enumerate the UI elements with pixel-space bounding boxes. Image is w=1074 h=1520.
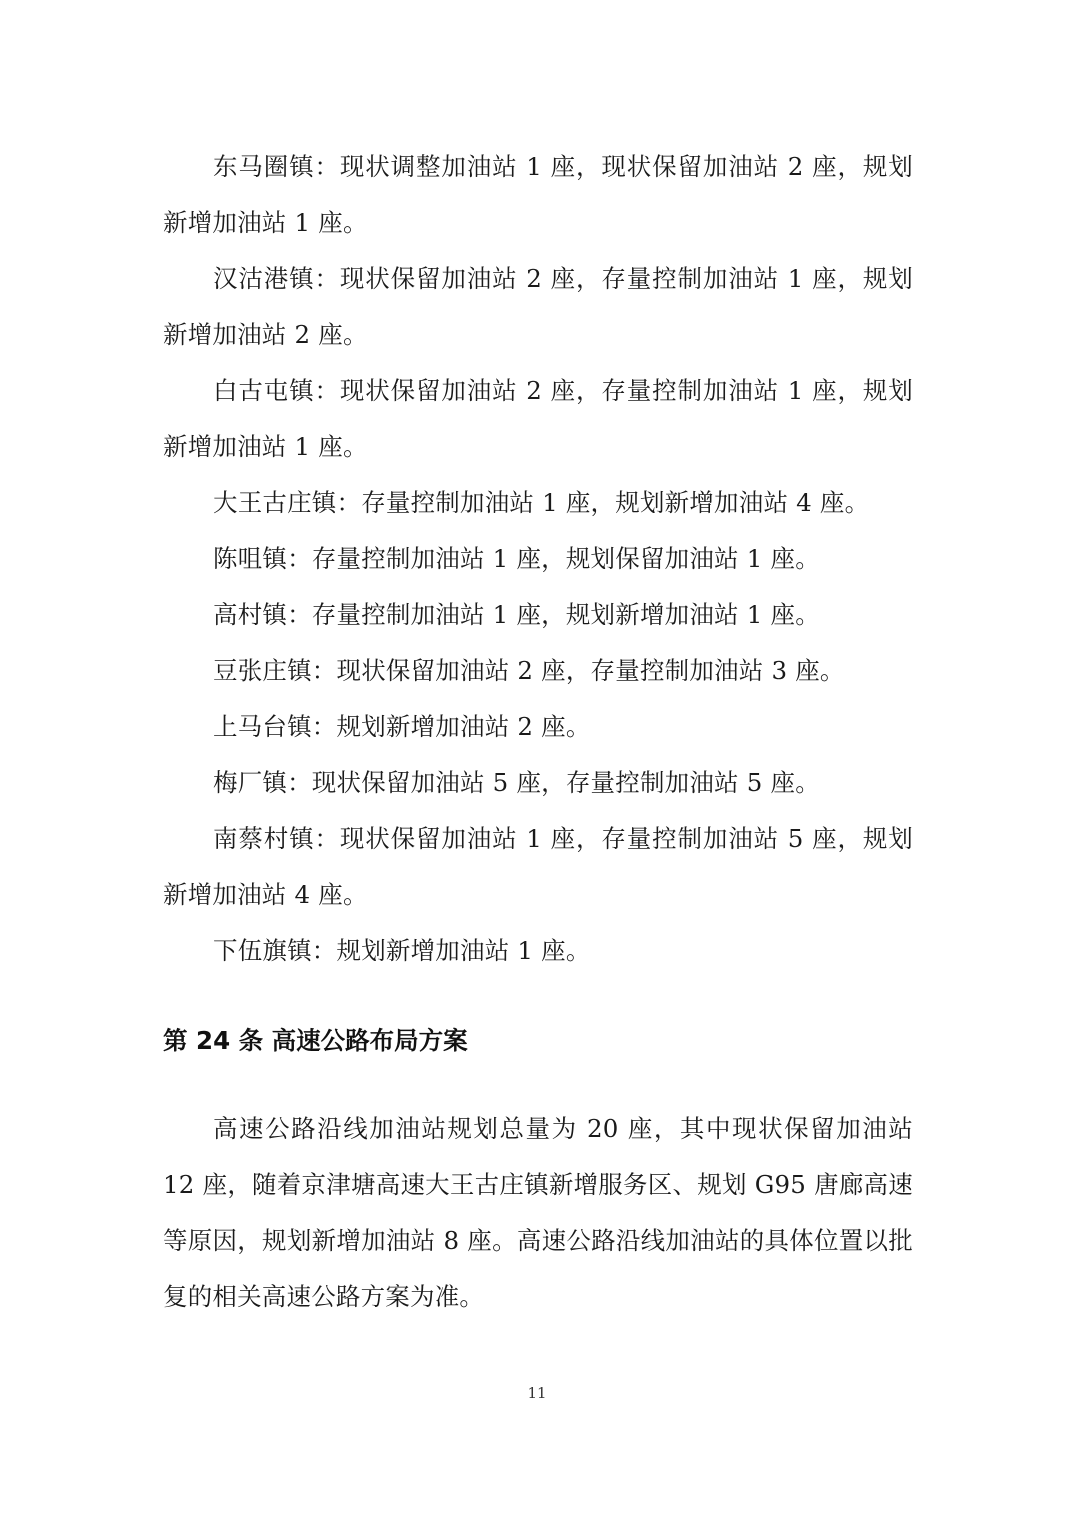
- town-paragraph-gaocun: 高村镇：存量控制加油站 1 座，规划新增加油站 1 座。: [163, 587, 913, 643]
- town-paragraph-chenju: 陈咀镇：存量控制加油站 1 座，规划保留加油站 1 座。: [163, 531, 913, 587]
- page-number: 11: [0, 1384, 1074, 1402]
- town-paragraph-dawangguzhuang: 大王古庄镇：存量控制加油站 1 座，规划新增加油站 4 座。: [163, 475, 913, 531]
- town-paragraph-dongmaquan: 东马圈镇：现状调整加油站 1 座，现状保留加油站 2 座，规划新增加油站 1 座…: [163, 139, 913, 251]
- town-paragraph-hanguogang: 汉沽港镇：现状保留加油站 2 座，存量控制加油站 1 座，规划新增加油站 2 座…: [163, 251, 913, 363]
- town-paragraph-meichang: 梅厂镇：现状保留加油站 5 座，存量控制加油站 5 座。: [163, 755, 913, 811]
- town-paragraph-shangmatai: 上马台镇：规划新增加油站 2 座。: [163, 699, 913, 755]
- town-paragraph-douzhangzhuang: 豆张庄镇：现状保留加油站 2 座，存量控制加油站 3 座。: [163, 643, 913, 699]
- section-heading: 第 24 条 高速公路布局方案: [163, 1013, 913, 1069]
- document-page: 东马圈镇：现状调整加油站 1 座，现状保留加油站 2 座，规划新增加油站 1 座…: [163, 139, 913, 1325]
- section-body-paragraph: 高速公路沿线加油站规划总量为 20 座，其中现状保留加油站 12 座，随着京津塘…: [163, 1101, 913, 1325]
- town-paragraph-baigutun: 白古屯镇：现状保留加油站 2 座，存量控制加油站 1 座，规划新增加油站 1 座…: [163, 363, 913, 475]
- town-paragraph-xiawuqi: 下伍旗镇：规划新增加油站 1 座。: [163, 923, 913, 979]
- town-paragraph-nancaicun: 南蔡村镇：现状保留加油站 1 座，存量控制加油站 5 座，规划新增加油站 4 座…: [163, 811, 913, 923]
